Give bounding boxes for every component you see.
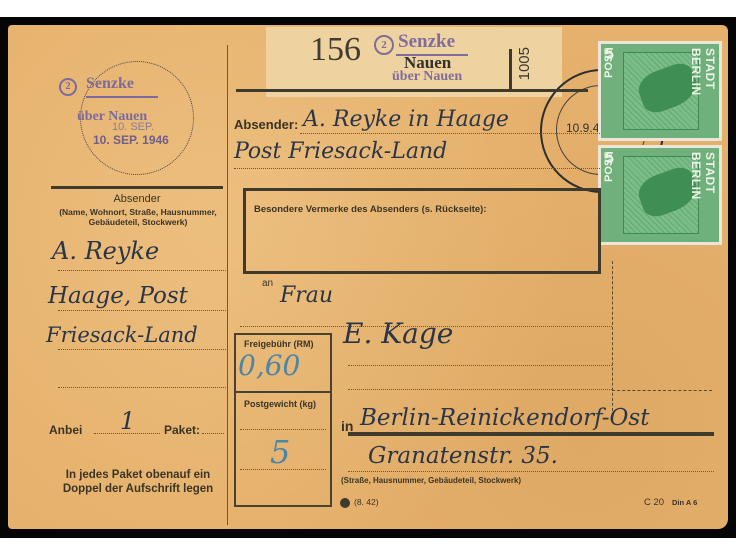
label-via: über Nauen xyxy=(392,69,462,85)
instruction-text: In jedes Paket obenauf ein Doppel der Au… xyxy=(52,468,224,496)
weight-value: 5 xyxy=(270,433,290,471)
parcel-number: 156 xyxy=(310,31,361,69)
addressee-city: Berlin-Reinickendorf-Ost xyxy=(360,405,649,431)
printer-mark-icon xyxy=(340,498,350,508)
fee-box: Freigebühr (RM) 0,60 Postgewicht (kg) 5 xyxy=(234,333,332,507)
anbei-label: Anbei xyxy=(49,423,82,437)
parcel-card: 156 2 Senzke Nauen über Nauen 1005 2 Sen… xyxy=(8,25,728,529)
dotted-line xyxy=(58,270,226,271)
street-hint: (Straße, Hausnummer, Gebäudeteil, Stockw… xyxy=(341,476,521,485)
dotted-line xyxy=(240,429,326,430)
absender-label: Absender: xyxy=(234,117,298,132)
stamp-value: 5 xyxy=(605,150,614,168)
dotted-line xyxy=(234,168,600,169)
dotted-line xyxy=(58,387,226,388)
remarks-label: Besondere Vermerke des Absenders (s. Rüc… xyxy=(254,204,487,215)
sender-town: Haage, Post xyxy=(48,283,188,309)
din-code: Din A 6 xyxy=(672,498,697,507)
stamp-value: 5 xyxy=(605,46,614,64)
print-code: (8. 42) xyxy=(354,497,379,507)
postmark-underline xyxy=(86,96,158,98)
form-code: C 20 xyxy=(644,497,664,508)
parcel-label-sticker: 156 2 Senzke Nauen über Nauen 1005 xyxy=(266,27,562,97)
dashed-guide xyxy=(612,390,712,391)
fee-divider xyxy=(236,391,330,393)
sender-hint: (Name, Wohnort, Straße, Hausnummer, Gebä… xyxy=(56,207,220,227)
parcel-count: 1 xyxy=(120,407,135,435)
dotted-line xyxy=(58,310,226,311)
dashed-guide xyxy=(612,261,613,411)
sender-name: A. Reyke xyxy=(52,237,159,265)
stamp-city-text: STADT BERLIN xyxy=(689,48,717,138)
dotted-line xyxy=(240,469,326,470)
sender-post: Friesack-Land xyxy=(46,323,198,347)
office-circle-icon: 2 xyxy=(374,35,394,55)
dotted-line xyxy=(348,389,612,390)
fee-value: 0,60 xyxy=(238,349,300,382)
postmark-date: 10. SEP. 1946 xyxy=(93,133,169,147)
addressee-title: Frau xyxy=(280,283,333,308)
city-rule xyxy=(348,432,714,436)
stamp-berlin-bear-top: POST STADT BERLIN 5 xyxy=(598,41,722,141)
stamp-berlin-bear-bottom: POST STADT BERLIN 5 xyxy=(598,145,722,245)
addressee-street: Granatenstr. 35. xyxy=(368,443,558,469)
column-divider xyxy=(227,45,228,525)
stamp-city-text: STADT BERLIN xyxy=(689,152,717,242)
weight-label: Postgewicht (kg) xyxy=(244,399,316,409)
label-divider xyxy=(509,49,512,89)
label-office: Senzke xyxy=(398,31,455,53)
an-label: an xyxy=(262,278,273,289)
remarks-box: Besondere Vermerke des Absenders (s. Rüc… xyxy=(243,188,601,274)
fee-label: Freigebühr (RM) xyxy=(244,339,314,349)
label-code: 1005 xyxy=(516,47,533,80)
header-rule xyxy=(236,89,588,92)
addressee-name: E. Kage xyxy=(343,317,453,350)
paket-label: Paket: xyxy=(164,423,200,437)
dotted-line xyxy=(58,349,226,350)
dotted-line xyxy=(348,365,612,366)
postmark-circle-icon: 2 xyxy=(59,78,77,96)
dotted-line xyxy=(300,133,600,134)
postmark-office: Senzke xyxy=(86,75,134,93)
absender-line2: Post Friesack-Land xyxy=(234,139,447,164)
dotted-line xyxy=(348,471,714,472)
sender-heading: Absender xyxy=(51,193,223,205)
absender-line1: A. Reyke in Haage xyxy=(303,107,509,132)
postmark-date-small: 10. SEP. xyxy=(112,121,154,133)
dotted-line xyxy=(202,433,224,434)
sender-rule xyxy=(51,186,223,189)
